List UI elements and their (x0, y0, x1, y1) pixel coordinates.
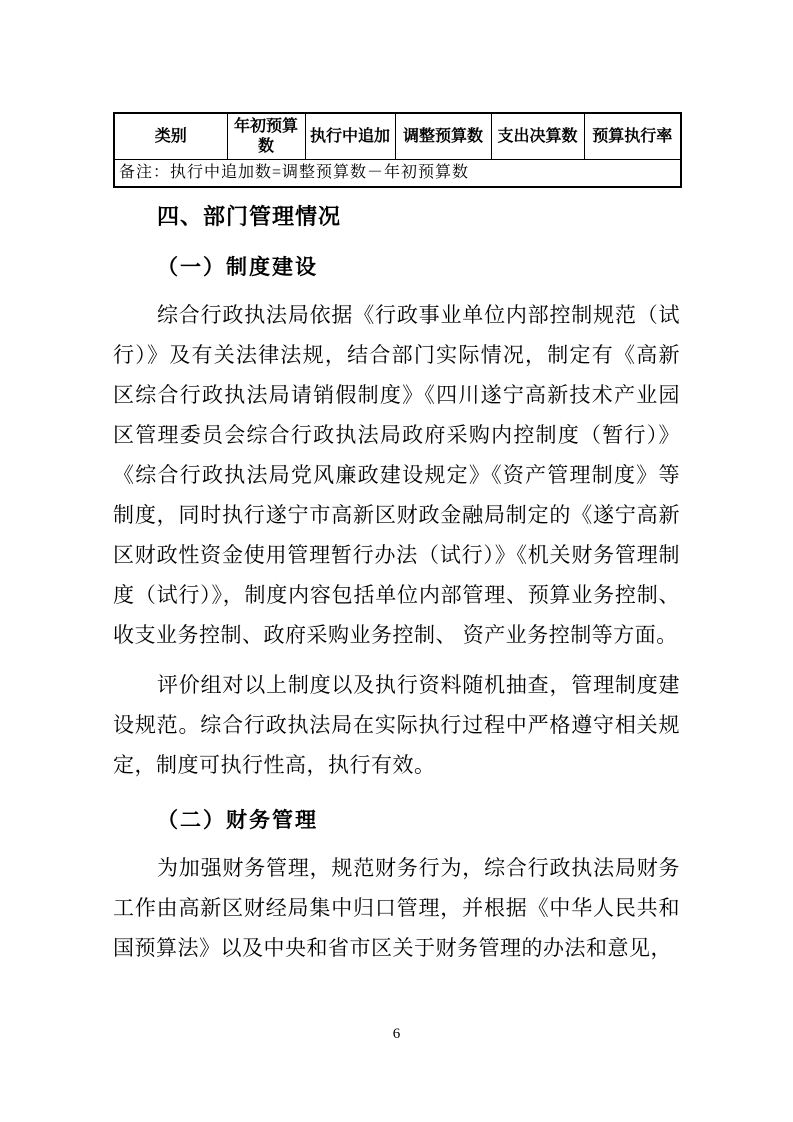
budget-table: 类别 年初预算数 执行中追加 调整预算数 支出决算数 预算执行率 备注：执行中追… (113, 112, 682, 188)
table-header-budget-execution-rate: 预算执行率 (584, 113, 681, 160)
table-header-initial-budget: 年初预算数 (227, 113, 305, 160)
table-header-adjusted-budget: 调整预算数 (395, 113, 491, 160)
table-header-category: 类别 (114, 113, 227, 160)
budget-table-note-row: 备注：执行中追加数=调整预算数－年初预算数 (114, 160, 681, 188)
subsection-heading-system-construction: （一）制度建设 (157, 249, 680, 285)
paragraph-system-construction-1: 综合行政执法局依据《行政事业单位内部控制规范（试行）》及有关法律法规，结合部门实… (113, 295, 680, 655)
document-page: 类别 年初预算数 执行中追加 调整预算数 支出决算数 预算执行率 备注：执行中追… (0, 0, 793, 1122)
budget-table-header-row: 类别 年初预算数 执行中追加 调整预算数 支出决算数 预算执行率 (114, 113, 681, 160)
page-number: 6 (0, 1026, 793, 1043)
table-note: 备注：执行中追加数=调整预算数－年初预算数 (114, 160, 681, 188)
table-header-expenditure-final: 支出决算数 (491, 113, 584, 160)
paragraph-financial-management-1: 为加强财务管理，规范财务行为，综合行政执法局财务工作由高新区财经局集中归口管理，… (113, 848, 680, 968)
subsection-heading-financial-management: （二）财务管理 (157, 802, 680, 838)
document-content: 类别 年初预算数 执行中追加 调整预算数 支出决算数 预算执行率 备注：执行中追… (113, 112, 680, 968)
section-heading-department-management: 四、部门管理情况 (157, 204, 680, 232)
table-header-mid-execution-addition: 执行中追加 (305, 113, 395, 160)
paragraph-system-construction-2: 评价组对以上制度以及执行资料随机抽查，管理制度建设规范。综合行政执法局在实际执行… (113, 665, 680, 785)
